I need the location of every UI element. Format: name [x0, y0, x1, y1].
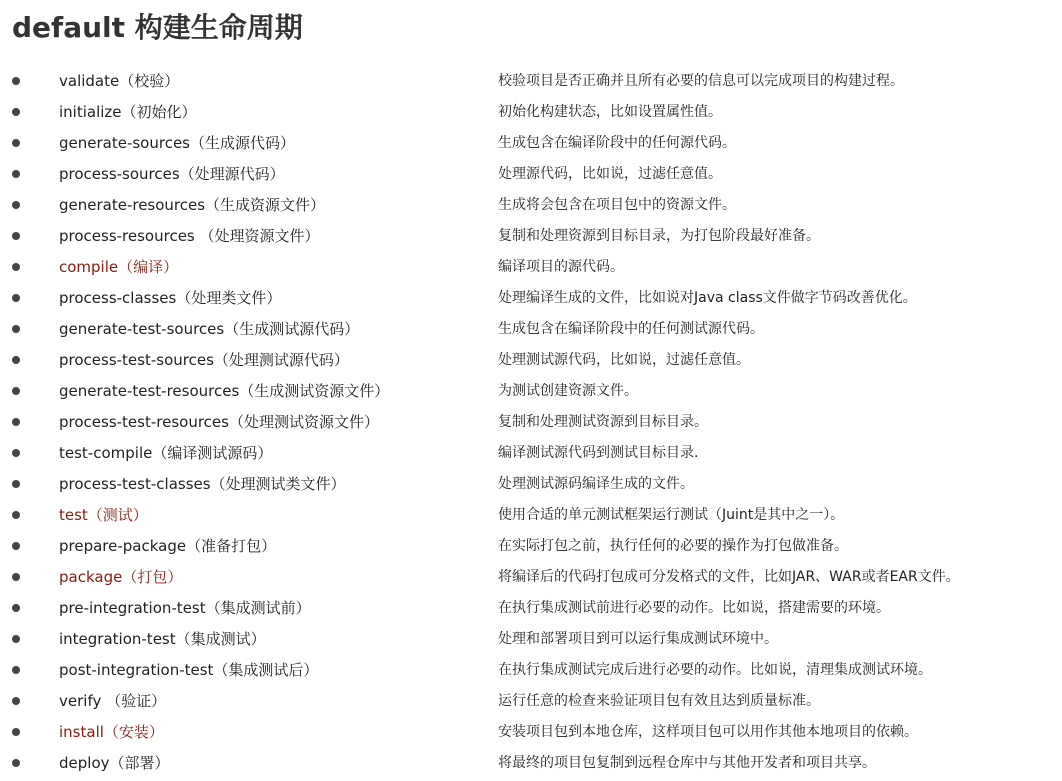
phase-name: process-resources （处理资源文件） — [59, 227, 320, 245]
bullet-icon — [12, 728, 20, 736]
bullet-icon — [12, 635, 20, 643]
list-item: process-test-sources（处理测试源代码）处理测试源代码，比如说… — [0, 345, 1062, 376]
list-item: generate-resources（生成资源文件）生成将会包含在项目包中的资源… — [0, 190, 1062, 221]
page-title: default 构建生命周期 — [12, 6, 303, 46]
list-item: process-test-classes（处理测试类文件）处理测试源码编译生成的… — [0, 469, 1062, 500]
list-item: process-resources （处理资源文件）复制和处理资源到目标目录，为… — [0, 221, 1062, 252]
bullet-icon — [12, 77, 20, 85]
bullet-icon — [12, 108, 20, 116]
list-item: verify （验证）运行任意的检查来验证项目包有效且达到质量标准。 — [0, 686, 1062, 717]
phase-name: test-compile（编译测试源码） — [59, 444, 272, 462]
list-item: process-test-resources（处理测试资源文件）复制和处理测试资… — [0, 407, 1062, 438]
phase-name: integration-test（集成测试） — [59, 630, 266, 648]
phase-name: compile（编译） — [59, 258, 178, 276]
phase-description: 编译项目的源代码。 — [498, 258, 624, 276]
phase-name: verify （验证） — [59, 692, 166, 710]
phase-description: 使用合适的单元测试框架运行测试（Juint是其中之一）。 — [498, 506, 844, 524]
phase-name: test（测试） — [59, 506, 148, 524]
bullet-icon — [12, 449, 20, 457]
list-item: compile（编译）编译项目的源代码。 — [0, 252, 1062, 283]
phase-description: 编译测试源代码到测试目标目录. — [498, 444, 698, 462]
phase-name: package（打包） — [59, 568, 182, 586]
bullet-icon — [12, 511, 20, 519]
phase-name: pre-integration-test（集成测试前） — [59, 599, 311, 617]
list-item: generate-test-sources（生成测试源代码）生成包含在编译阶段中… — [0, 314, 1062, 345]
bullet-icon — [12, 387, 20, 395]
list-item: package（打包）将编译后的代码打包成可分发格式的文件，比如JAR、WAR或… — [0, 562, 1062, 593]
bullet-icon — [12, 604, 20, 612]
phase-name: generate-resources（生成资源文件） — [59, 196, 325, 214]
phase-description: 在实际打包之前，执行任何的必要的操作为打包做准备。 — [498, 537, 848, 555]
phase-description: 生成将会包含在项目包中的资源文件。 — [498, 196, 736, 214]
bullet-icon — [12, 201, 20, 209]
phase-name: prepare-package（准备打包） — [59, 537, 276, 555]
list-item: generate-sources（生成源代码）生成包含在编译阶段中的任何源代码。 — [0, 128, 1062, 159]
phase-name: process-test-classes（处理测试类文件） — [59, 475, 346, 493]
bullet-icon — [12, 480, 20, 488]
phase-description: 复制和处理测试资源到目标目录。 — [498, 413, 708, 431]
phase-description: 处理测试源码编译生成的文件。 — [498, 475, 694, 493]
list-item: integration-test（集成测试）处理和部署项目到可以运行集成测试环境… — [0, 624, 1062, 655]
list-item: install（安装）安装项目包到本地仓库，这样项目包可以用作其他本地项目的依赖… — [0, 717, 1062, 748]
phase-description: 生成包含在编译阶段中的任何测试源代码。 — [498, 320, 764, 338]
phase-name: process-test-sources（处理测试源代码） — [59, 351, 349, 369]
bullet-icon — [12, 418, 20, 426]
phase-name: install（安装） — [59, 723, 164, 741]
phase-description: 处理源代码，比如说，过滤任意值。 — [498, 165, 722, 183]
list-item: deploy（部署）将最终的项目包复制到远程仓库中与其他开发者和项目共享。 — [0, 748, 1062, 779]
phase-description: 校验项目是否正确并且所有必要的信息可以完成项目的构建过程。 — [498, 72, 904, 90]
phase-description: 在执行集成测试完成后进行必要的动作。比如说，清理集成测试环境。 — [498, 661, 932, 679]
bullet-icon — [12, 356, 20, 364]
list-item: prepare-package（准备打包）在实际打包之前，执行任何的必要的操作为… — [0, 531, 1062, 562]
phase-name: generate-test-sources（生成测试源代码） — [59, 320, 359, 338]
list-item: initialize（初始化）初始化构建状态，比如设置属性值。 — [0, 97, 1062, 128]
phase-description: 复制和处理资源到目标目录，为打包阶段最好准备。 — [498, 227, 820, 245]
phase-name: deploy（部署） — [59, 754, 170, 772]
phase-name: process-classes（处理类文件） — [59, 289, 281, 307]
list-item: pre-integration-test（集成测试前）在执行集成测试前进行必要的… — [0, 593, 1062, 624]
phase-name: generate-test-resources（生成测试资源文件） — [59, 382, 389, 400]
phase-description: 运行任意的检查来验证项目包有效且达到质量标准。 — [498, 692, 820, 710]
phase-name: initialize（初始化） — [59, 103, 197, 121]
bullet-icon — [12, 139, 20, 147]
phase-name: generate-sources（生成源代码） — [59, 134, 295, 152]
phase-description: 处理和部署项目到可以运行集成测试环境中。 — [498, 630, 778, 648]
phase-description: 生成包含在编译阶段中的任何源代码。 — [498, 134, 736, 152]
bullet-icon — [12, 325, 20, 333]
phase-name: validate（校验） — [59, 72, 179, 90]
phase-description: 初始化构建状态，比如设置属性值。 — [498, 103, 722, 121]
list-item: test-compile（编译测试源码）编译测试源代码到测试目标目录. — [0, 438, 1062, 469]
phase-description: 安装项目包到本地仓库，这样项目包可以用作其他本地项目的依赖。 — [498, 723, 918, 741]
phase-description: 处理编译生成的文件，比如说对Java class文件做字节码改善优化。 — [498, 289, 917, 307]
phase-description: 在执行集成测试前进行必要的动作。比如说，搭建需要的环境。 — [498, 599, 890, 617]
bullet-icon — [12, 170, 20, 178]
lifecycle-phase-list: validate（校验）校验项目是否正确并且所有必要的信息可以完成项目的构建过程… — [0, 66, 1062, 779]
phase-description: 为测试创建资源文件。 — [498, 382, 638, 400]
list-item: generate-test-resources（生成测试资源文件）为测试创建资源… — [0, 376, 1062, 407]
list-item: process-classes（处理类文件）处理编译生成的文件，比如说对Java… — [0, 283, 1062, 314]
phase-name: post-integration-test（集成测试后） — [59, 661, 318, 679]
bullet-icon — [12, 697, 20, 705]
list-item: process-sources（处理源代码）处理源代码，比如说，过滤任意值。 — [0, 159, 1062, 190]
bullet-icon — [12, 263, 20, 271]
bullet-icon — [12, 294, 20, 302]
bullet-icon — [12, 573, 20, 581]
phase-description: 将编译后的代码打包成可分发格式的文件，比如JAR、WAR或者EAR文件。 — [498, 568, 960, 586]
phase-description: 处理测试源代码，比如说，过滤任意值。 — [498, 351, 750, 369]
bullet-icon — [12, 542, 20, 550]
list-item: post-integration-test（集成测试后）在执行集成测试完成后进行… — [0, 655, 1062, 686]
bullet-icon — [12, 759, 20, 767]
list-item: test（测试）使用合适的单元测试框架运行测试（Juint是其中之一）。 — [0, 500, 1062, 531]
bullet-icon — [12, 232, 20, 240]
phase-name: process-test-resources（处理测试资源文件） — [59, 413, 379, 431]
bullet-icon — [12, 666, 20, 674]
list-item: validate（校验）校验项目是否正确并且所有必要的信息可以完成项目的构建过程… — [0, 66, 1062, 97]
phase-description: 将最终的项目包复制到远程仓库中与其他开发者和项目共享。 — [498, 754, 876, 772]
phase-name: process-sources（处理源代码） — [59, 165, 285, 183]
